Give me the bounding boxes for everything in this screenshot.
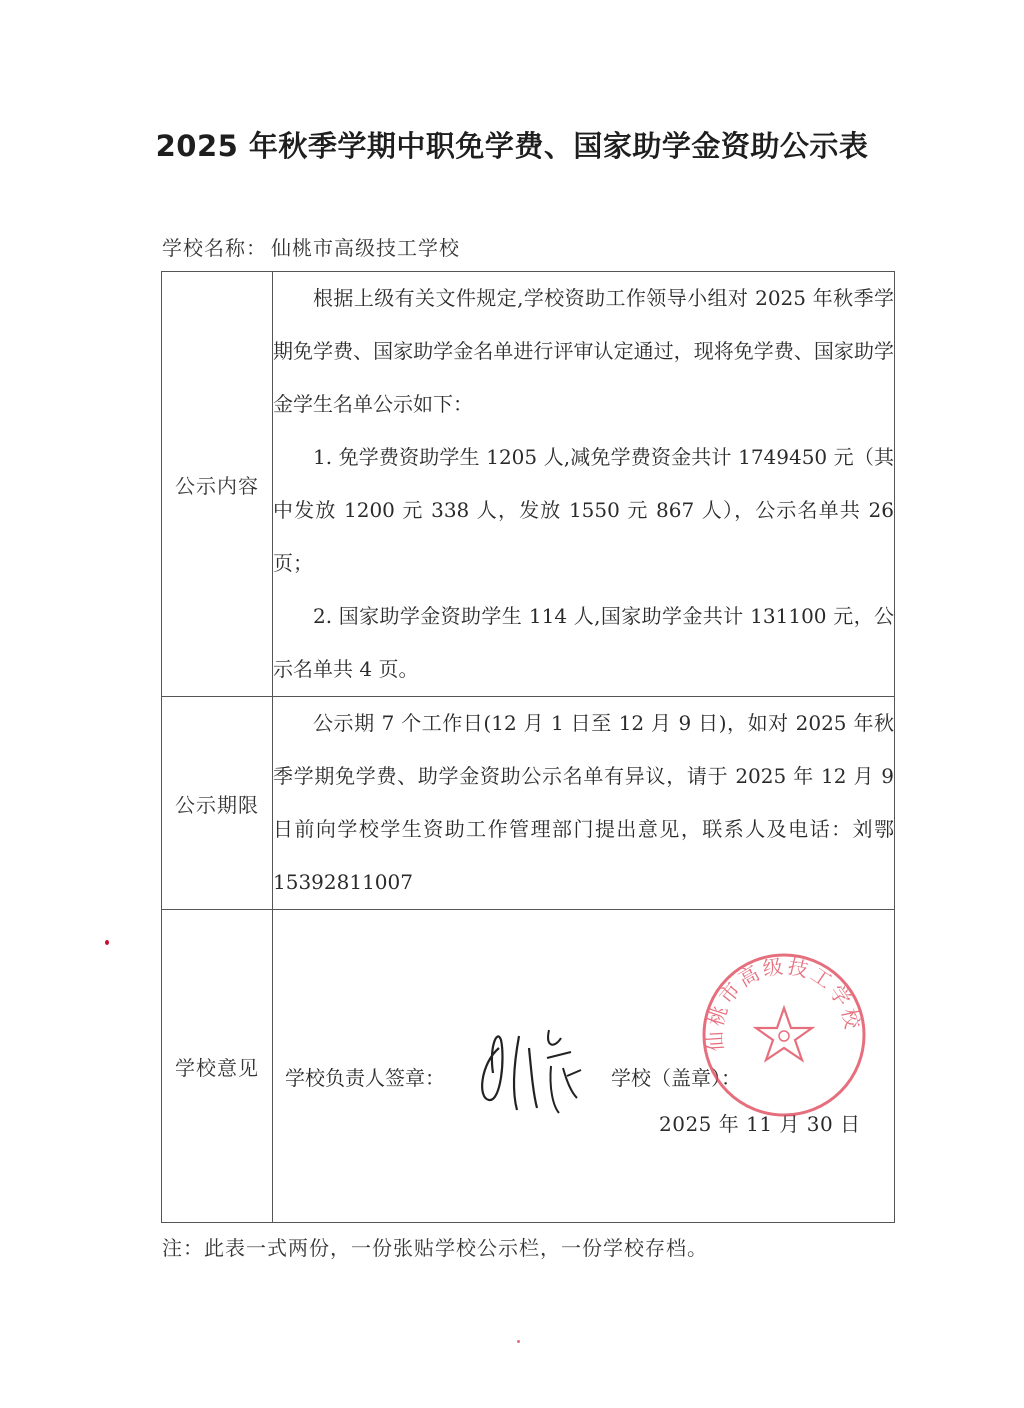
period-paragraph: 公示期 7 个工作日(12 月 1 日至 12 月 9 日)，如对 2025 年… xyxy=(273,697,894,909)
notice-table: 公示内容 根据上级有关文件规定,学校资助工作领导小组对 2025 年秋季学期免学… xyxy=(161,271,895,1223)
content-paragraph-national-grant: 2. 国家助学金资助学生 114 人,国家助学金共计 131100 元，公示名单… xyxy=(273,590,894,696)
row-header-opinion: 学校意见 xyxy=(162,910,273,1223)
content-paragraph-tuition-waiver: 1. 免学费资助学生 1205 人,减免学费资金共计 1749450 元（其中发… xyxy=(273,431,894,590)
table-row-opinion: 学校意见 学校负责人签章： 学校（盖章）： 2025 年 11 月 30 日 xyxy=(162,910,895,1223)
school-name-value: 仙桃市高级技工学校 xyxy=(271,236,460,260)
scan-speck xyxy=(517,1340,520,1343)
document-title: 2025 年秋季学期中职免学费、国家助学金资助公示表 xyxy=(0,124,1024,165)
content-paragraph-intro: 根据上级有关文件规定,学校资助工作领导小组对 2025 年秋季学期免学费、国家助… xyxy=(273,272,894,431)
school-seal-icon: 仙桃市高级技工学校 xyxy=(699,950,869,1120)
signature-icon xyxy=(471,1018,601,1118)
principal-sign-label: 学校负责人签章： xyxy=(285,1062,445,1091)
content-cell: 根据上级有关文件规定,学校资助工作领导小组对 2025 年秋季学期免学费、国家助… xyxy=(273,272,895,697)
table-row-period: 公示期限 公示期 7 个工作日(12 月 1 日至 12 月 9 日)，如对 2… xyxy=(162,697,895,910)
row-header-period: 公示期限 xyxy=(162,697,273,910)
school-name-label: 学校名称： xyxy=(162,236,267,260)
opinion-cell: 学校负责人签章： 学校（盖章）： 2025 年 11 月 30 日 仙桃市高级技… xyxy=(273,910,895,1223)
period-cell: 公示期 7 个工作日(12 月 1 日至 12 月 9 日)，如对 2025 年… xyxy=(273,697,895,910)
table-row-content: 公示内容 根据上级有关文件规定,学校资助工作领导小组对 2025 年秋季学期免学… xyxy=(162,272,895,697)
row-header-content: 公示内容 xyxy=(162,272,273,697)
svg-text:仙桃市高级技工学校: 仙桃市高级技工学校 xyxy=(702,954,865,1052)
footnote: 注：此表一式两份，一份张贴学校公示栏，一份学校存档。 xyxy=(162,1232,708,1261)
school-name-line: 学校名称：仙桃市高级技工学校 xyxy=(162,232,460,261)
scan-speck xyxy=(105,940,109,945)
